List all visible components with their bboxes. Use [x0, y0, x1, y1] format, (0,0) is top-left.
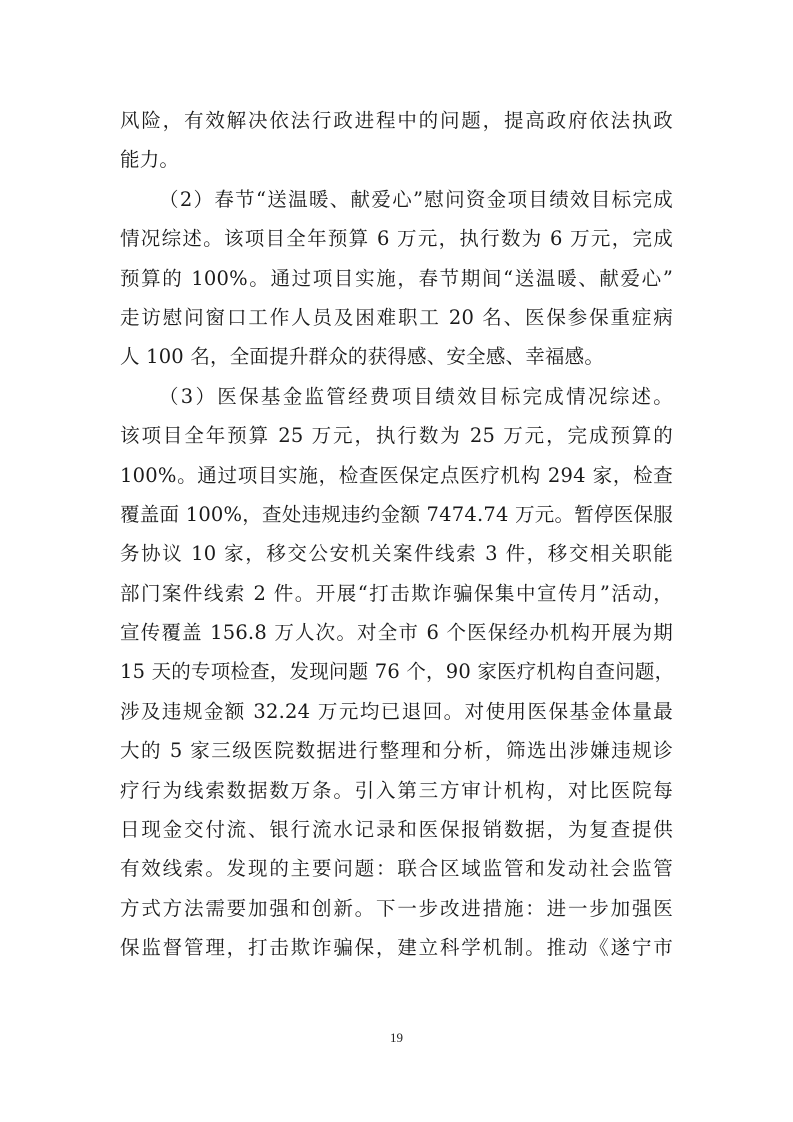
- text-line: 风险，有效解决依法行政进程中的问题，提高政府依法执政: [120, 101, 673, 140]
- page-number: 19: [0, 1030, 793, 1046]
- text-line: 该项目全年预算 25 万元，执行数为 25 万元，完成预算的: [120, 416, 673, 455]
- text-line: 宣传覆盖 156.8 万人次。对全市 6 个医保经办机构开展为期: [120, 613, 673, 652]
- text-line: 情况综述。该项目全年预算 6 万元，执行数为 6 万元，完成: [120, 219, 673, 258]
- text-line: 15 天的专项检查，发现问题 76 个，90 家医疗机构自查问题，: [120, 652, 673, 691]
- text-line: 人 100 名，全面提升群众的获得感、安全感、幸福感。: [120, 337, 673, 376]
- paragraph-heading-line: （3）医保基金监管经费项目绩效目标完成情况综述。: [120, 377, 673, 416]
- text-line: 涉及违规金额 32.24 万元均已退回。对使用医保基金体量最: [120, 692, 673, 731]
- document-page: 风险，有效解决依法行政进程中的问题，提高政府依法执政 能力。 （2）春节“送温暖…: [0, 0, 793, 1122]
- text-line: 保监督管理，打击欺诈骗保，建立科学机制。推动《遂宁市: [120, 928, 673, 967]
- text-line: 疗行为线索数据数万条。引入第三方审计机构，对比医院每: [120, 771, 673, 810]
- text-line: 方式方法需要加强和创新。下一步改进措施：进一步加强医: [120, 889, 673, 928]
- body-text: 风险，有效解决依法行政进程中的问题，提高政府依法执政 能力。 （2）春节“送温暖…: [120, 101, 673, 968]
- text-line: 走访慰问窗口工作人员及困难职工 20 名、医保参保重症病: [120, 298, 673, 337]
- text-line: 日现金交付流、银行流水记录和医保报销数据，为复查提供: [120, 810, 673, 849]
- text-line: 部门案件线索 2 件。开展“打击欺诈骗保集中宣传月”活动，: [120, 574, 673, 613]
- text-line: 能力。: [120, 140, 673, 179]
- text-line: 大的 5 家三级医院数据进行整理和分析，筛选出涉嫌违规诊: [120, 731, 673, 770]
- text-line: 有效线索。发现的主要问题：联合区域监管和发动社会监管: [120, 849, 673, 888]
- text-line: 100%。通过项目实施，检查医保定点医疗机构 294 家，检查: [120, 456, 673, 495]
- paragraph-heading-line: （2）春节“送温暖、献爱心”慰问资金项目绩效目标完成: [120, 180, 673, 219]
- text-line: 务协议 10 家，移交公安机关案件线索 3 件，移交相关职能: [120, 534, 673, 573]
- text-line: 覆盖面 100%，查处违规违约金额 7474.74 万元。暂停医保服: [120, 495, 673, 534]
- text-line: 预算的 100%。通过项目实施，春节期间“送温暖、献爱心”: [120, 259, 673, 298]
